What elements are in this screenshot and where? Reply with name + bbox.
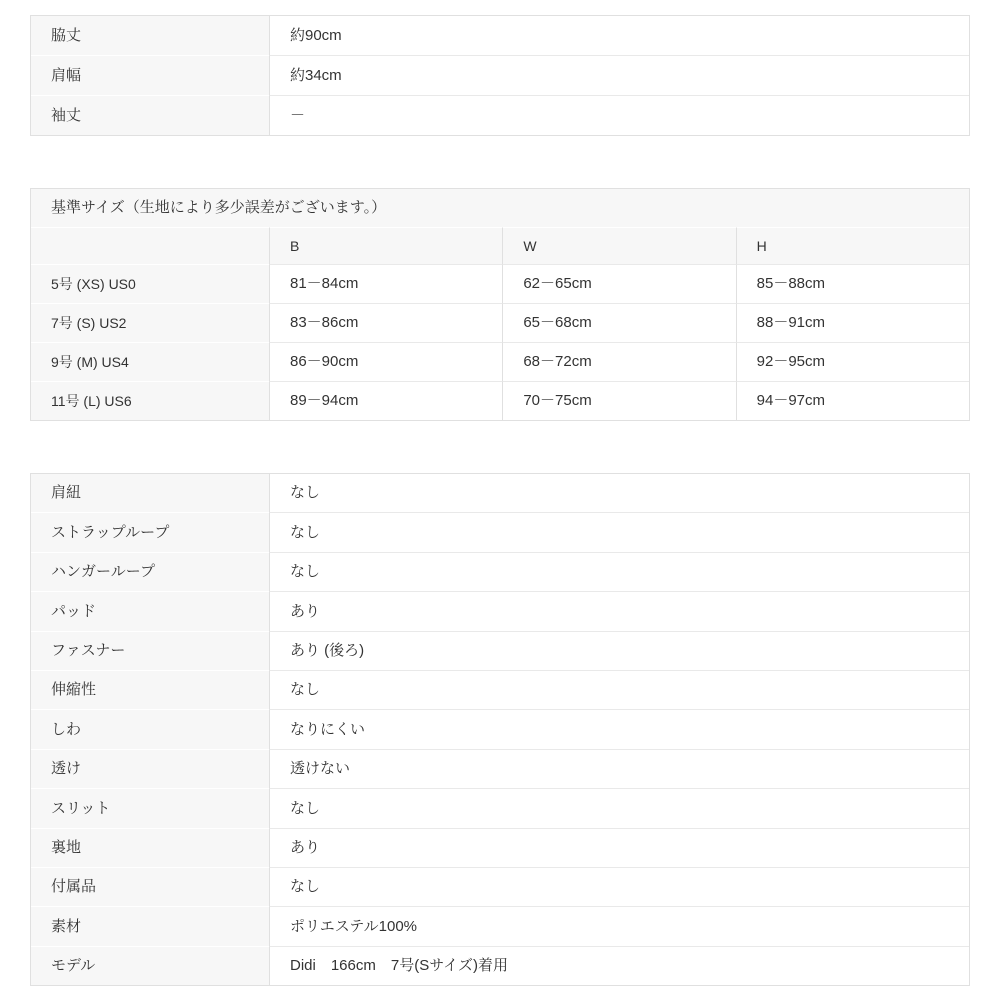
bust-value: 81－84cm — [269, 264, 502, 303]
size-row: 7号 (S) US2 83－86cm 65－68cm 88－91cm — [31, 303, 969, 342]
table-row: しわ なりにくい — [31, 709, 969, 748]
hip-value: 92－95cm — [736, 342, 969, 381]
size-label: 11号 (L) US6 — [31, 381, 269, 420]
column-header-blank — [31, 227, 269, 264]
column-header-hip: H — [736, 227, 969, 264]
spec-value: あり (後ろ) — [269, 631, 969, 670]
bust-value: 89－94cm — [269, 381, 502, 420]
spec-value: あり — [269, 828, 969, 867]
table-row: モデル Didi 166cm 7号(Sサイズ)着用 — [31, 946, 969, 985]
spec-label: しわ — [31, 709, 269, 748]
size-label: 5号 (XS) US0 — [31, 264, 269, 303]
spec-label: 裏地 — [31, 828, 269, 867]
spec-label: 肩幅 — [31, 55, 269, 95]
hip-value: 85－88cm — [736, 264, 969, 303]
spec-value: Didi 166cm 7号(Sサイズ)着用 — [269, 946, 969, 985]
table-row: パッド あり — [31, 591, 969, 630]
size-chart-title: 基準サイズ（生地により多少誤差がございます。） — [31, 189, 969, 227]
table-row: 脇丈 約90cm — [31, 16, 969, 55]
table-row: 肩幅 約34cm — [31, 55, 969, 95]
spec-label: スリット — [31, 788, 269, 827]
spec-value: － — [269, 95, 969, 135]
size-row: 11号 (L) US6 89－94cm 70－75cm 94－97cm — [31, 381, 969, 420]
size-chart-header-row: B W H — [31, 227, 969, 264]
spec-value: なりにくい — [269, 709, 969, 748]
table-row: 伸縮性 なし — [31, 670, 969, 709]
table-row: 素材 ポリエステル100% — [31, 906, 969, 945]
spec-value: なし — [269, 512, 969, 551]
column-header-waist: W — [502, 227, 735, 264]
waist-value: 68－72cm — [502, 342, 735, 381]
spec-label: ストラップループ — [31, 512, 269, 551]
details-table: 肩紐 なし ストラップループ なし ハンガーループ なし パッド あり ファスナ… — [30, 473, 970, 986]
spec-label: モデル — [31, 946, 269, 985]
spec-label: ハンガーループ — [31, 552, 269, 591]
hip-value: 88－91cm — [736, 303, 969, 342]
spec-label: 付属品 — [31, 867, 269, 906]
table-row: 付属品 なし — [31, 867, 969, 906]
bust-value: 83－86cm — [269, 303, 502, 342]
table-row: ファスナー あり (後ろ) — [31, 631, 969, 670]
measurements-table: 脇丈 約90cm 肩幅 約34cm 袖丈 － — [30, 15, 970, 136]
spec-value: 約34cm — [269, 55, 969, 95]
table-row: 透け 透けない — [31, 749, 969, 788]
size-row: 9号 (M) US4 86－90cm 68－72cm 92－95cm — [31, 342, 969, 381]
spec-value: あり — [269, 591, 969, 630]
table-row: 肩紐 なし — [31, 474, 969, 512]
table-row: 袖丈 － — [31, 95, 969, 135]
spec-label: 伸縮性 — [31, 670, 269, 709]
spec-label: ファスナー — [31, 631, 269, 670]
spec-label: 素材 — [31, 906, 269, 945]
table-row: 裏地 あり — [31, 828, 969, 867]
size-label: 7号 (S) US2 — [31, 303, 269, 342]
waist-value: 65－68cm — [502, 303, 735, 342]
waist-value: 70－75cm — [502, 381, 735, 420]
table-row: スリット なし — [31, 788, 969, 827]
size-row: 5号 (XS) US0 81－84cm 62－65cm 85－88cm — [31, 264, 969, 303]
spec-label: 透け — [31, 749, 269, 788]
spec-value: 約90cm — [269, 16, 969, 55]
spec-value: なし — [269, 867, 969, 906]
spec-value: なし — [269, 670, 969, 709]
product-spec-page: 脇丈 約90cm 肩幅 約34cm 袖丈 － 基準サイズ（生地により多少誤差がご… — [0, 0, 1000, 986]
size-chart-table: 基準サイズ（生地により多少誤差がございます。） B W H 5号 (XS) US… — [30, 188, 970, 421]
table-row: ハンガーループ なし — [31, 552, 969, 591]
size-label: 9号 (M) US4 — [31, 342, 269, 381]
size-chart-title-row: 基準サイズ（生地により多少誤差がございます。） — [31, 189, 969, 227]
bust-value: 86－90cm — [269, 342, 502, 381]
spec-value: なし — [269, 474, 969, 512]
spec-label: パッド — [31, 591, 269, 630]
waist-value: 62－65cm — [502, 264, 735, 303]
spec-value: 透けない — [269, 749, 969, 788]
table-row: ストラップループ なし — [31, 512, 969, 551]
spec-value: なし — [269, 552, 969, 591]
spec-label: 袖丈 — [31, 95, 269, 135]
column-header-bust: B — [269, 227, 502, 264]
spec-label: 肩紐 — [31, 474, 269, 512]
spec-label: 脇丈 — [31, 16, 269, 55]
hip-value: 94－97cm — [736, 381, 969, 420]
spec-value: なし — [269, 788, 969, 827]
spec-value: ポリエステル100% — [269, 906, 969, 945]
